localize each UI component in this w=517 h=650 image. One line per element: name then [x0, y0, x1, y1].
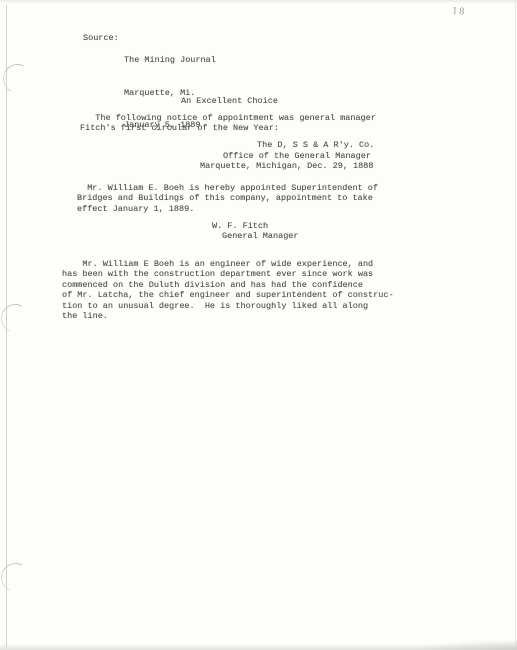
source-block: The Mining Journal Marquette, Mi. Januar… — [124, 33, 216, 153]
commentary-paragraph: Mr. William E Boeh is an engineer of wid… — [62, 259, 394, 321]
article-headline: An Excellent Choice — [181, 96, 278, 106]
handwritten-page-number: 18 — [452, 7, 466, 18]
letterhead-dateline: Marquette, Michigan, Dec. 29, 1888 — [200, 161, 373, 171]
intro-paragraph: The following notice of appointment was … — [80, 113, 376, 134]
page-right-edge-line — [515, 0, 516, 650]
signature-title: General Manager — [222, 231, 299, 241]
signature-name: W. F. Fitch — [212, 221, 268, 231]
letterhead-office: Office of the General Manager — [223, 151, 371, 161]
corner-smudge — [422, 640, 517, 650]
letterhead-company: The D, S S & A R'y. Co. — [257, 140, 374, 150]
source-publication: The Mining Journal — [124, 55, 216, 66]
page-top-edge-shadow — [0, 0, 517, 4]
scanned-page: 18 Source: The Mining Journal Marquette,… — [0, 0, 517, 650]
source-label: Source: — [83, 33, 119, 44]
appointment-paragraph: Mr. William E. Boeh is hereby appointed … — [77, 183, 378, 214]
